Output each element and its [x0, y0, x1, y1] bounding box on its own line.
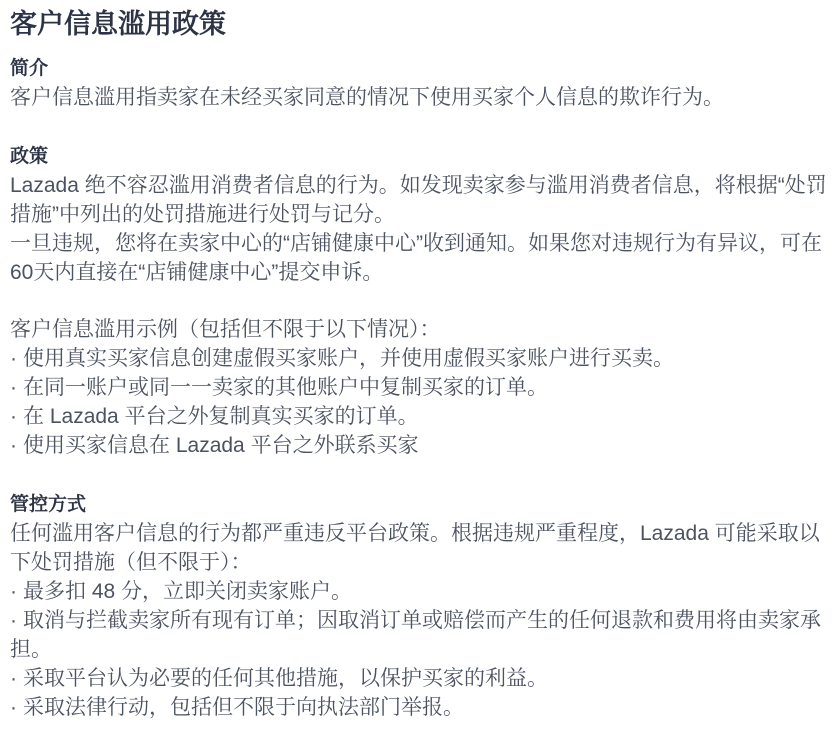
- list-item: ·采取法律行动，包括但不限于向执法部门举报。: [10, 693, 832, 722]
- bullet-icon: ·: [10, 344, 17, 373]
- list-item: ·取消与拦截卖家所有现有订单；因取消订单或赔偿而产生的任何退款和费用将由卖家承担…: [10, 606, 832, 664]
- list-item: ·采取平台认为必要的任何其他措施，以保护买家的利益。: [10, 664, 832, 693]
- section-intro-heading: 简介: [10, 54, 832, 83]
- list-item-text: 采取法律行动，包括但不限于向执法部门举报。: [23, 696, 464, 719]
- section-enforcement-heading: 管控方式: [10, 490, 832, 519]
- section-intro: 简介 客户信息滥用指卖家在未经买家同意的情况下使用买家个人信息的欺诈行为。: [10, 54, 832, 112]
- bullet-icon: ·: [10, 577, 17, 606]
- page-title: 客户信息滥用政策: [10, 6, 832, 43]
- list-item: ·最多扣 48 分，立即关闭卖家账户。: [10, 577, 832, 606]
- policy-document: 客户信息滥用政策 简介 客户信息滥用指卖家在未经买家同意的情况下使用买家个人信息…: [0, 0, 840, 742]
- section-policy-paragraph: 一旦违规，您将在卖家中心的“店铺健康中心”收到通知。如果您对违规行为有异议，可在…: [10, 229, 832, 287]
- section-intro-paragraph: 客户信息滥用指卖家在未经买家同意的情况下使用买家个人信息的欺诈行为。: [10, 83, 832, 112]
- list-item-text: 在 Lazada 平台之外复制真实买家的订单。: [23, 405, 419, 428]
- bullet-icon: ·: [10, 693, 17, 722]
- example-list-intro: 客户信息滥用示例（包括但不限于以下情况）：: [10, 315, 832, 344]
- bullet-icon: ·: [10, 402, 17, 431]
- section-enforcement-paragraph: 任何滥用客户信息的行为都严重违反平台政策。根据违规严重程度，Lazada 可能采…: [10, 519, 832, 577]
- list-item: ·在同一账户或同一一卖家的其他账户中复制买家的订单。: [10, 373, 832, 402]
- list-item-text: 最多扣 48 分，立即关闭卖家账户。: [23, 580, 352, 603]
- bullet-icon: ·: [10, 606, 17, 635]
- bullet-icon: ·: [10, 431, 17, 460]
- section-enforcement: 管控方式 任何滥用客户信息的行为都严重违反平台政策。根据违规严重程度，Lazad…: [10, 490, 832, 722]
- section-policy: 政策 Lazada 绝不容忍滥用消费者信息的行为。如发现卖家参与滥用消费者信息，…: [10, 142, 832, 460]
- list-item-text: 在同一账户或同一一卖家的其他账户中复制买家的订单。: [23, 376, 548, 399]
- bullet-icon: ·: [10, 664, 17, 693]
- list-item: ·使用真实买家信息创建虚假买家账户，并使用虚假买家账户进行买卖。: [10, 344, 832, 373]
- list-item: ·在 Lazada 平台之外复制真实买家的订单。: [10, 402, 832, 431]
- bullet-icon: ·: [10, 373, 17, 402]
- section-policy-heading: 政策: [10, 142, 832, 171]
- section-policy-paragraph: Lazada 绝不容忍滥用消费者信息的行为。如发现卖家参与滥用消费者信息，将根据…: [10, 171, 832, 229]
- list-item-text: 采取平台认为必要的任何其他措施，以保护买家的利益。: [23, 667, 548, 690]
- list-item-text: 使用真实买家信息创建虚假买家账户，并使用虚假买家账户进行买卖。: [23, 347, 674, 370]
- list-item-text: 使用买家信息在 Lazada 平台之外联系买家: [23, 434, 419, 457]
- list-item: ·使用买家信息在 Lazada 平台之外联系买家: [10, 431, 832, 460]
- list-item-text: 取消与拦截卖家所有现有订单；因取消订单或赔偿而产生的任何退款和费用将由卖家承担。: [10, 609, 821, 661]
